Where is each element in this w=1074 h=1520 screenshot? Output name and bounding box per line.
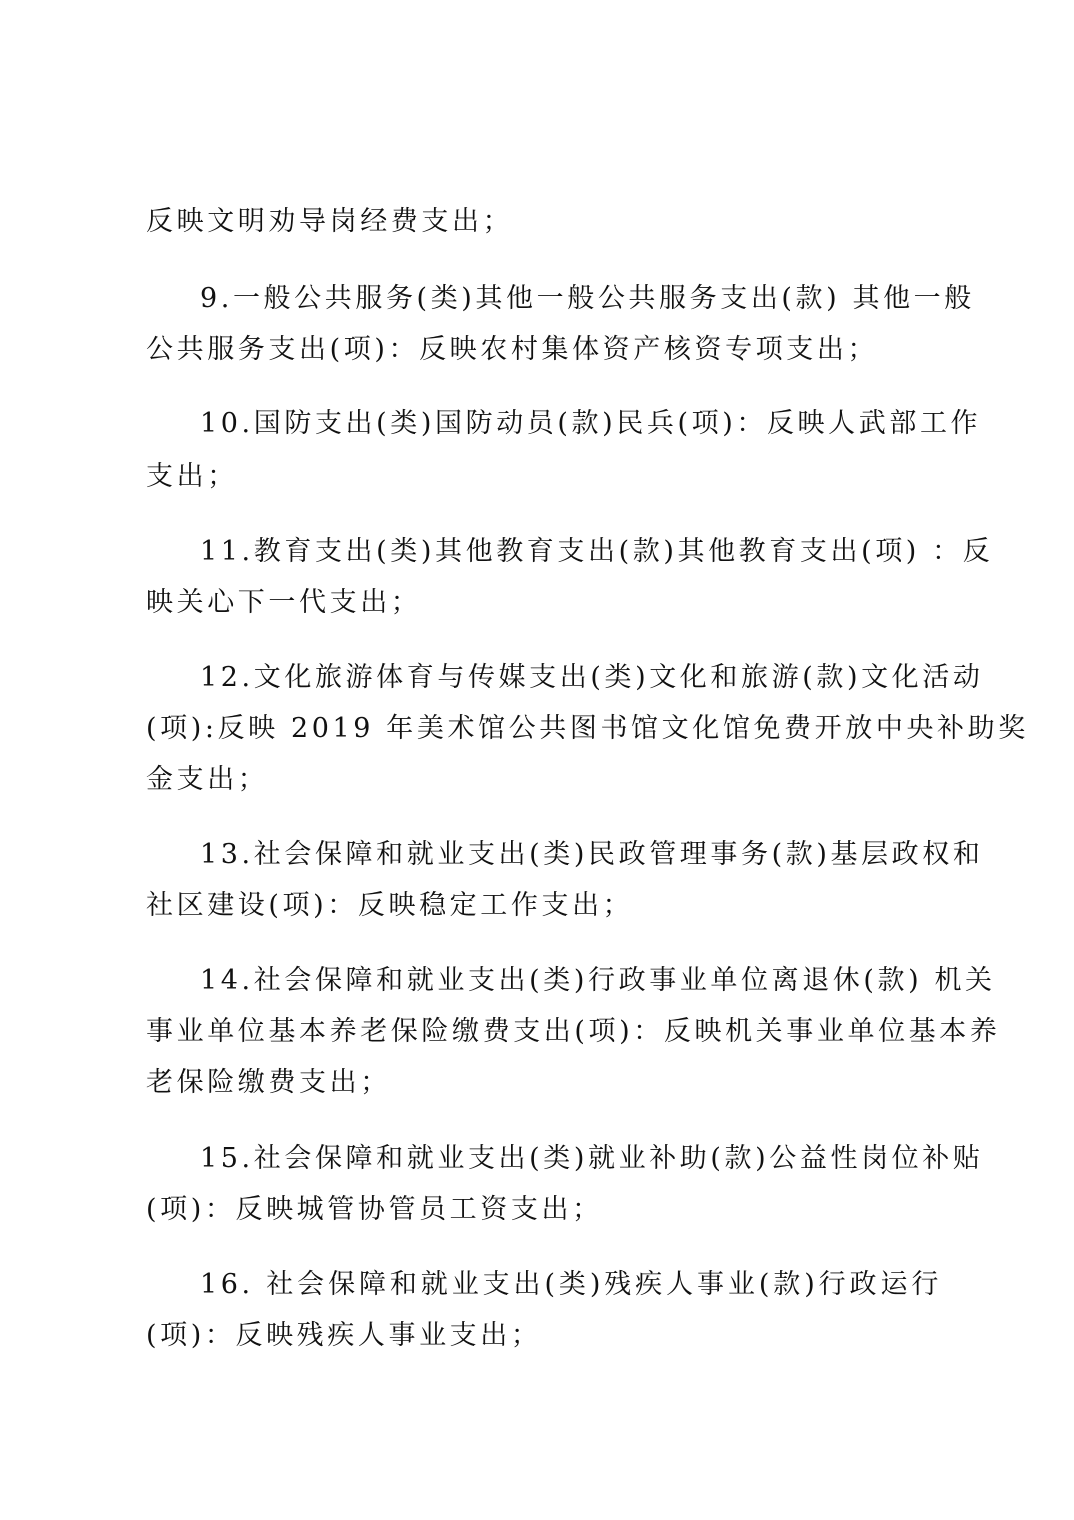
paragraph-line: (项):反映 2019 年美术馆公共图书馆文化馆免费开放中央补助奖	[146, 712, 942, 746]
paragraph-line: 老保险缴费支出；	[146, 1066, 942, 1100]
paragraph-line: 11.教育支出(类)其他教育支出(款)其他教育支出(项) ：反	[146, 535, 942, 569]
paragraph-line: 反映文明劝导岗经费支出；	[146, 205, 942, 239]
paragraph-line: (项)：反映残疾人事业支出；	[146, 1319, 942, 1353]
paragraph-line: 13.社会保障和就业支出(类)民政管理事务(款)基层政权和	[146, 838, 942, 872]
paragraph-line: 12.文化旅游体育与传媒支出(类)文化和旅游(款)文化活动	[146, 661, 942, 695]
paragraph-line: 9.一般公共服务(类)其他一般公共服务支出(款) 其他一般	[146, 282, 942, 316]
paragraph-line: 事业单位基本养老保险缴费支出(项)：反映机关事业单位基本养	[146, 1015, 942, 1049]
paragraph-line: 金支出；	[146, 763, 942, 797]
paragraph-line: 14.社会保障和就业支出(类)行政事业单位离退休(款) 机关	[146, 964, 942, 998]
paragraph-line: 10.国防支出(类)国防动员(款)民兵(项)：反映人武部工作	[146, 407, 942, 441]
paragraph-line: 映关心下一代支出；	[146, 586, 942, 620]
paragraph-line: 支出；	[146, 460, 942, 494]
paragraph-line: (项)：反映城管协管员工资支出；	[146, 1193, 942, 1227]
paragraph-line: 16. 社会保障和就业支出(类)残疾人事业(款)行政运行	[146, 1268, 942, 1302]
paragraph-line: 公共服务支出(项)：反映农村集体资产核资专项支出；	[146, 333, 942, 367]
paragraph-line: 15.社会保障和就业支出(类)就业补助(款)公益性岗位补贴	[146, 1142, 942, 1176]
paragraph-line: 社区建设(项)：反映稳定工作支出；	[146, 889, 942, 923]
